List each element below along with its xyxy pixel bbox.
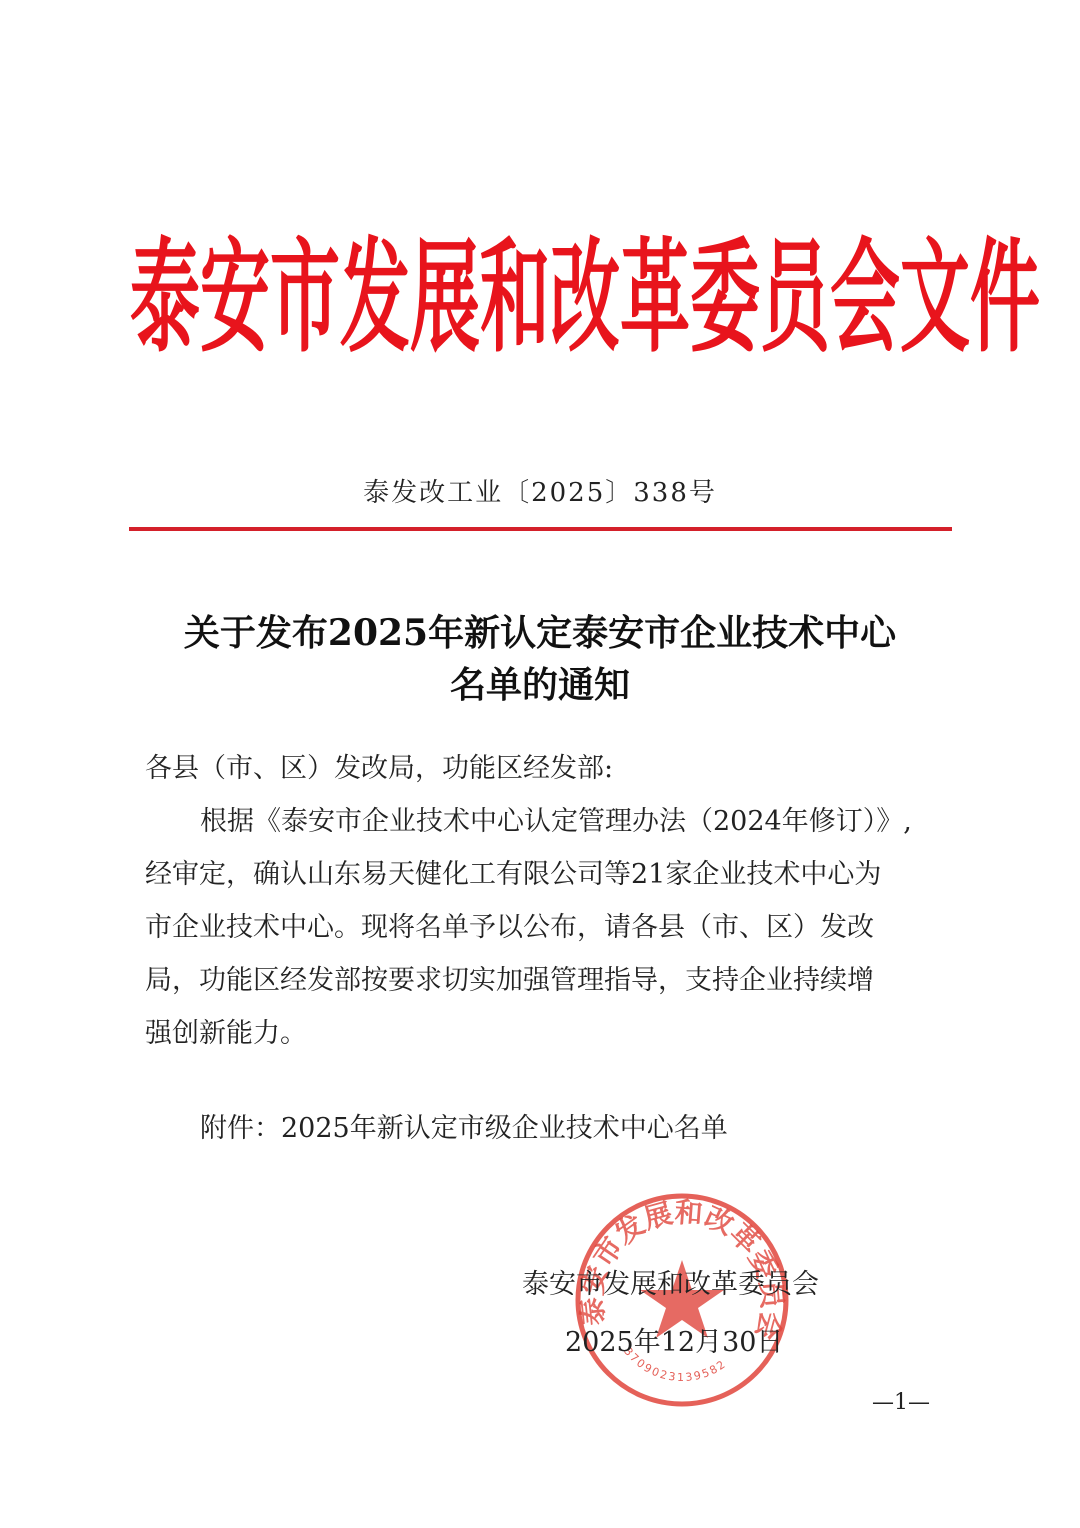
body-line: 经审定，确认山东易天健化工有限公司等21家企业技术中心为 [145,848,945,901]
document-number: 泰发改工业〔2025〕338号 [0,472,1080,509]
body-line: 市企业技术中心。现将名单予以公布，请各县（市、区）发改 [145,901,945,954]
attachment-note: 附件：2025年新认定市级企业技术中心名单 [200,1102,1000,1155]
signature-organization: 泰安市发展和改革委员会 [522,1262,819,1301]
notice-title-line-2: 名单的通知 [0,660,1080,710]
body-line: 强创新能力。 [145,1007,945,1060]
body-line: 根据《泰安市企业技术中心认定管理办法（2024年修订）》, [200,795,1000,848]
salutation: 各县（市、区）发改局，功能区经发部: [145,742,945,795]
red-divider-line [129,527,952,531]
notice-title-line-1: 关于发布2025年新认定泰安市企业技术中心 [0,608,1080,658]
page-number: —1— [872,1390,930,1415]
signature-date: 2025年12月30日 [565,1320,783,1359]
issuer-header-title: 泰安市发展和改革委员会文件 [130,176,950,421]
body-line: 局，功能区经发部按要求切实加强管理指导，支持企业持续增 [145,954,945,1007]
